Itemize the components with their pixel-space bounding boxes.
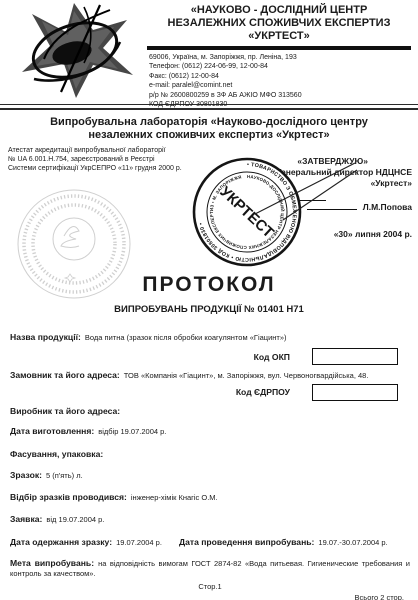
field-label: Дата одержання зразку: (10, 537, 112, 547)
address-line: Телефон: (0612) 224-06-99, 12-00-84 (149, 62, 411, 72)
field-label: Відбір зразків проводився: (10, 492, 127, 502)
okp-code-label: Код ОКП (254, 352, 290, 362)
field-value: інженер-хімік Кнагіс О.М. (131, 493, 218, 502)
address-line: КОД ЄДРПОУ 30801830 (149, 100, 411, 110)
field-manufacture-date: Дата виготовлення:відбір 19.07.2004 р. (10, 427, 410, 437)
header-right-column: «НАУКОВО - ДОСЛІДНИЙ ЦЕНТР НЕЗАЛЕЖНИХ СП… (147, 0, 411, 110)
total-pages: Всього 2 стор. (10, 593, 410, 600)
field-dates-row: Дата одержання зразку:19.07.2004 р. Дата… (10, 538, 410, 548)
field-received-date: Дата одержання зразку:19.07.2004 р. (10, 538, 162, 548)
field-purpose: Мета випробувань:на відповідність вимога… (10, 559, 410, 578)
field-value: 19.07.-30.07.2004 р. (318, 538, 387, 547)
faint-round-stamp (14, 188, 134, 302)
signature-stroke (235, 150, 383, 224)
field-value: Вода питна (зразок після обробки коагуля… (85, 333, 287, 342)
lab-title: Випробувальна лабораторія «Науково-дослі… (0, 116, 418, 142)
protocol-subtitle: ВИПРОБУВАНЬ ПРОДУКЦІЇ № 01401 Н71 (0, 304, 418, 315)
field-label: Замовник та його адреса: (10, 370, 120, 380)
address-line: 69006, Україна, м. Запоріжжя, пр. Леніна… (149, 53, 411, 63)
field-label: Дата проведення випробувань: (179, 537, 314, 547)
field-label: Мета випробувань: (10, 558, 94, 568)
field-value: відбір 19.07.2004 р. (98, 427, 166, 436)
lab-title-line: незалежних споживчих експертиз «Укртест» (0, 129, 418, 142)
field-value: від 19.07.2004 р. (46, 515, 104, 524)
field-label: Заявка: (10, 514, 42, 524)
address-line: р/р № 2600800259 в ЗФ АБ АЖІО МФО 313560 (149, 91, 411, 101)
field-value: 19.07.2004 р. (116, 538, 162, 547)
field-packaging: Фасування, упаковка: (10, 450, 410, 460)
protocol-fields: Назва продукції:Вода питна (зразок після… (10, 333, 410, 600)
field-request: Заявка:від 19.07.2004 р. (10, 515, 410, 525)
org-title: «НАУКОВО - ДОСЛІДНИЙ ЦЕНТР НЕЗАЛЕЖНИХ СП… (147, 4, 411, 43)
field-testing-dates: Дата проведення випробувань:19.07.-30.07… (179, 538, 388, 548)
edrpou-code-row: Код ЄДРПОУ (10, 384, 410, 401)
field-manufacturer: Виробник та його адреса: (10, 407, 410, 417)
lab-title-line: Випробувальна лабораторія «Науково-дослі… (0, 116, 418, 129)
org-title-line: «УКРТЕСТ» (147, 30, 411, 43)
org-address-block: 69006, Україна, м. Запоріжжя, пр. Леніна… (147, 53, 411, 111)
field-label: Дата виготовлення: (10, 426, 94, 436)
field-customer: Замовник та його адреса:ТОВ «Компанія «Г… (10, 371, 410, 381)
page-number: Стор.1 (10, 582, 410, 591)
document-header: «НАУКОВО - ДОСЛІДНИЙ ЦЕНТР НЕЗАЛЕЖНИХ СП… (0, 0, 418, 103)
okp-code-row: Код ОКП (10, 348, 410, 365)
address-line: e-mail: paralel@comint.net (149, 81, 411, 91)
field-sample: Зразок:5 (п'ять) л. (10, 471, 410, 481)
field-product-name: Назва продукції:Вода питна (зразок після… (10, 333, 410, 343)
field-label: Фасування, упаковка: (10, 449, 103, 459)
field-label: Зразок: (10, 470, 42, 480)
field-sampling: Відбір зразків проводився:інженер-хімік … (10, 493, 410, 503)
ukrtest-logo-icon (14, 3, 140, 98)
header-divider-bar (147, 46, 411, 50)
field-value: 5 (п'ять) л. (46, 471, 83, 480)
field-label: Назва продукції: (10, 332, 81, 342)
org-title-line: «НАУКОВО - ДОСЛІДНИЙ ЦЕНТР (147, 4, 411, 17)
field-value: ТОВ «Компанія «Гіацинт», м. Запоріжжя, в… (124, 371, 369, 380)
org-title-line: НЕЗАЛЕЖНИХ СПОЖИВЧИХ ЕКСПЕРТИЗ (147, 17, 411, 30)
edrpou-code-label: Код ЄДРПОУ (236, 387, 290, 397)
edrpou-code-box (312, 384, 398, 401)
address-line: Факс: (0612) 12-00-84 (149, 72, 411, 82)
field-label: Виробник та його адреса: (10, 406, 120, 416)
protocol-document-page: «НАУКОВО - ДОСЛІДНИЙ ЦЕНТР НЕЗАЛЕЖНИХ СП… (0, 0, 418, 600)
okp-code-box (312, 348, 398, 365)
